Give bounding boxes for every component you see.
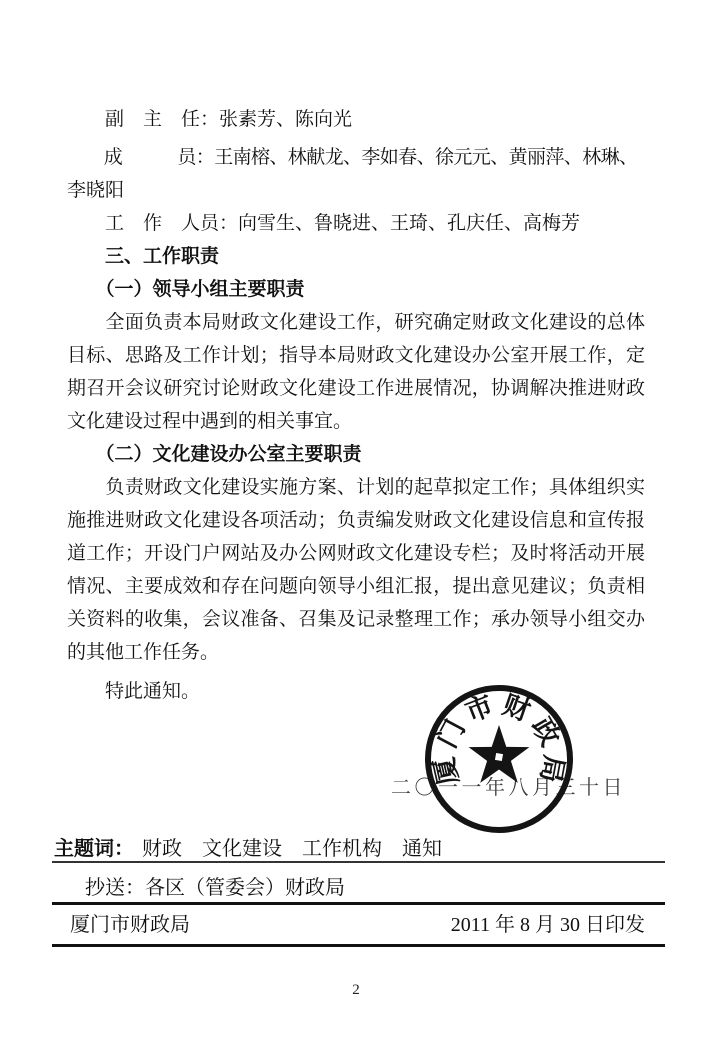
paragraph-line: 负责财政文化建设实施方案、计划的起草拟定工作；具体组织实	[67, 471, 645, 504]
subject-row: 主题词： 财政 文化建设 工作机构 通知	[52, 838, 665, 863]
cc-row: 抄送：各区（管委会）财政局	[52, 863, 665, 905]
paragraph-line: 的其他工作任务。	[67, 636, 645, 669]
subject-keywords: 财政 文化建设 工作机构 通知	[142, 838, 442, 860]
members-line-cont: 李晓阳	[67, 174, 645, 207]
paragraph-line: 情况、主要成效和存在问题向领导小组汇报，提出意见建议；负责相	[67, 570, 645, 603]
document-footer: 主题词： 财政 文化建设 工作机构 通知 抄送：各区（管委会）财政局 厦门市财政…	[52, 838, 665, 947]
official-seal: 厦门市财政局	[421, 681, 579, 839]
paragraph-line: 期召开会议研究讨论财政文化建设工作进展情况，协调解决推进财政	[67, 372, 645, 405]
paragraph-line: 全面负责本局财政文化建设工作，研究确定财政文化建设的总体	[67, 306, 645, 339]
paragraph-line: 施推进财政文化建设各项活动；负责编发财政文化建设信息和宣传报	[67, 504, 645, 537]
print-date: 2011 年 8 月 30 日印发	[451, 914, 645, 936]
deputy-director-line: 副 主 任：张素芳、陈向光	[67, 103, 645, 136]
document-body: 副 主 任：张素芳、陈向光 成 员：王南榕、林献龙、李如春、徐元元、黄丽萍、林琳…	[67, 103, 645, 708]
paragraph-line: 道工作；开设门户网站及办公网财政文化建设专栏；及时将活动开展	[67, 537, 645, 570]
paragraph-line: 文化建设过程中遇到的相关事宜。	[67, 405, 645, 438]
subsection-2-heading: （二）文化建设办公室主要职责	[67, 438, 645, 471]
document-page: 副 主 任：张素芳、陈向光 成 员：王南榕、林献龙、李如春、徐元元、黄丽萍、林琳…	[0, 0, 712, 1038]
issuing-agency: 厦门市财政局	[70, 914, 190, 936]
paragraph-line: 目标、思路及工作计划；指导本局财政文化建设办公室开展工作，定	[67, 339, 645, 372]
star-notch	[495, 753, 503, 761]
subsection-1-heading: （一）领导小组主要职责	[67, 273, 645, 306]
paragraph-line: 关资料的收集，会议准备、召集及记录整理工作；承办领导小组交办	[67, 603, 645, 636]
issuer-row: 厦门市财政局 2011 年 8 月 30 日印发	[52, 905, 665, 947]
section-3-heading: 三、工作职责	[67, 240, 645, 273]
members-line: 成 员：王南榕、林献龙、李如春、徐元元、黄丽萍、林琳、	[67, 141, 645, 174]
page-number: 2	[0, 982, 712, 999]
staff-line: 工 作 人员：向雪生、鲁晓进、王琦、孔庆任、高梅芳	[67, 207, 645, 240]
subject-label: 主题词：	[54, 838, 134, 860]
